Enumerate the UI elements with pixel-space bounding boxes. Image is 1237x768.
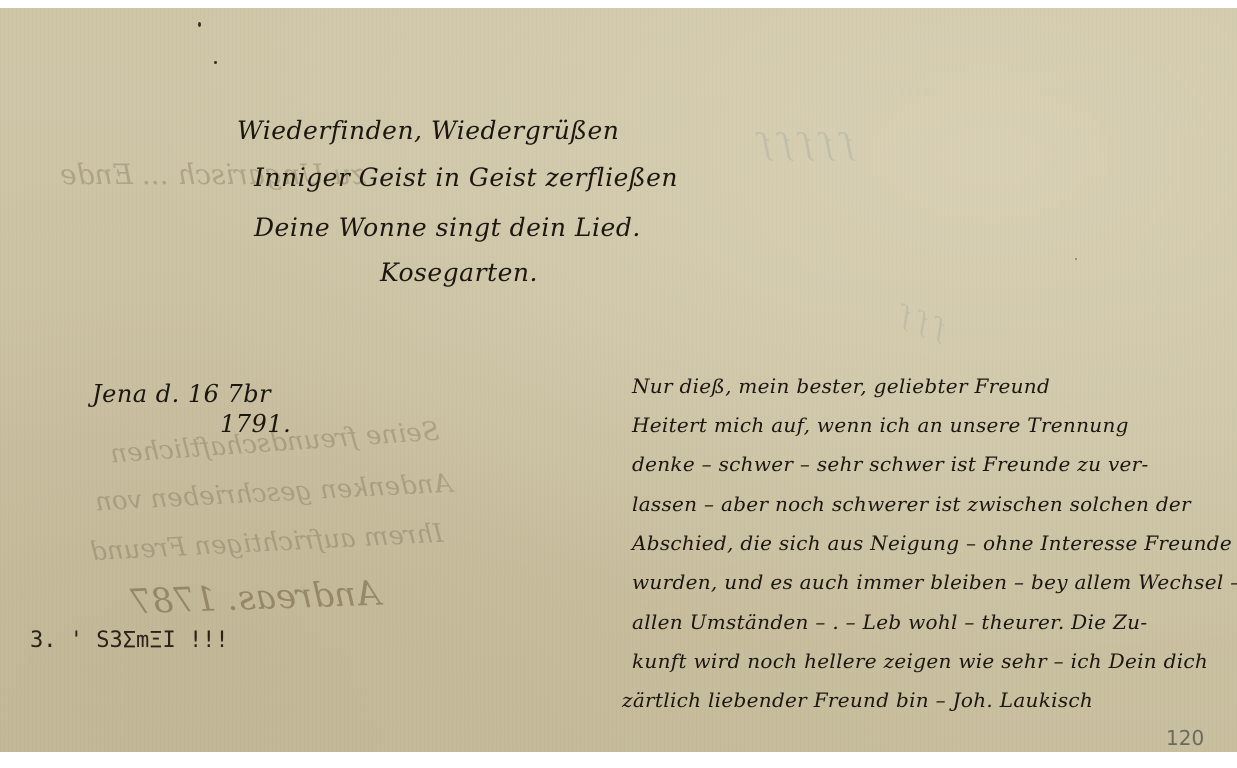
letter-line: Heitert mich auf, wenn ich an unsere Tre… <box>632 413 1129 437</box>
cipher-note: 3. ' S3ΣmΞI !!! <box>30 628 229 653</box>
letter-line: allen Umständen – . – Leb wohl – theurer… <box>632 610 1147 634</box>
document-paper: zu Ungarisch ... Ende Seine freundschaft… <box>0 8 1237 752</box>
letter-line: Nur dieß, mein bester, geliebter Freund <box>632 374 1050 398</box>
bleed-through-text: Andenken geschrieben von <box>94 469 452 518</box>
paper-speck <box>1075 258 1077 260</box>
letter-line: lassen – aber noch schwerer ist zwischen… <box>632 492 1191 516</box>
bleed-through-text: Andreas. 1787 <box>129 574 381 623</box>
bleed-through-text: Ihrem aufrichtigen Freund <box>89 519 444 567</box>
motto-line: Deine Wonne singt dein Lied. <box>254 213 641 242</box>
motto-author: Kosegarten. <box>380 258 538 287</box>
place-date: Jena d. 16 7br <box>92 380 271 408</box>
letter-line: denke – schwer – sehr schwer ist Freunde… <box>632 452 1149 476</box>
bleed-through-text: ſ ſ ſ ſ ſ <box>760 128 854 163</box>
motto-line: Inniger Geist in Geist zerfließen <box>254 163 678 192</box>
letter-line: Abschied, die sich aus Neigung – ohne In… <box>632 531 1232 555</box>
letter-signature-line: zärtlich liebender Freund bin – Joh. Lau… <box>622 688 1093 712</box>
year: 1791. <box>220 410 291 438</box>
motto-line: Wiederfinden, Wiedergrüßen <box>237 116 619 145</box>
paper-speck <box>198 22 201 27</box>
bleed-through-text: ſ ſ ſ <box>896 301 949 345</box>
letter-line: kunft wird noch hellere zeigen wie sehr … <box>632 649 1208 673</box>
paper-speck <box>214 61 217 64</box>
folio-number: 120 <box>1166 726 1204 750</box>
letter-line: wurden, und es auch immer bleiben – bey … <box>632 570 1237 594</box>
